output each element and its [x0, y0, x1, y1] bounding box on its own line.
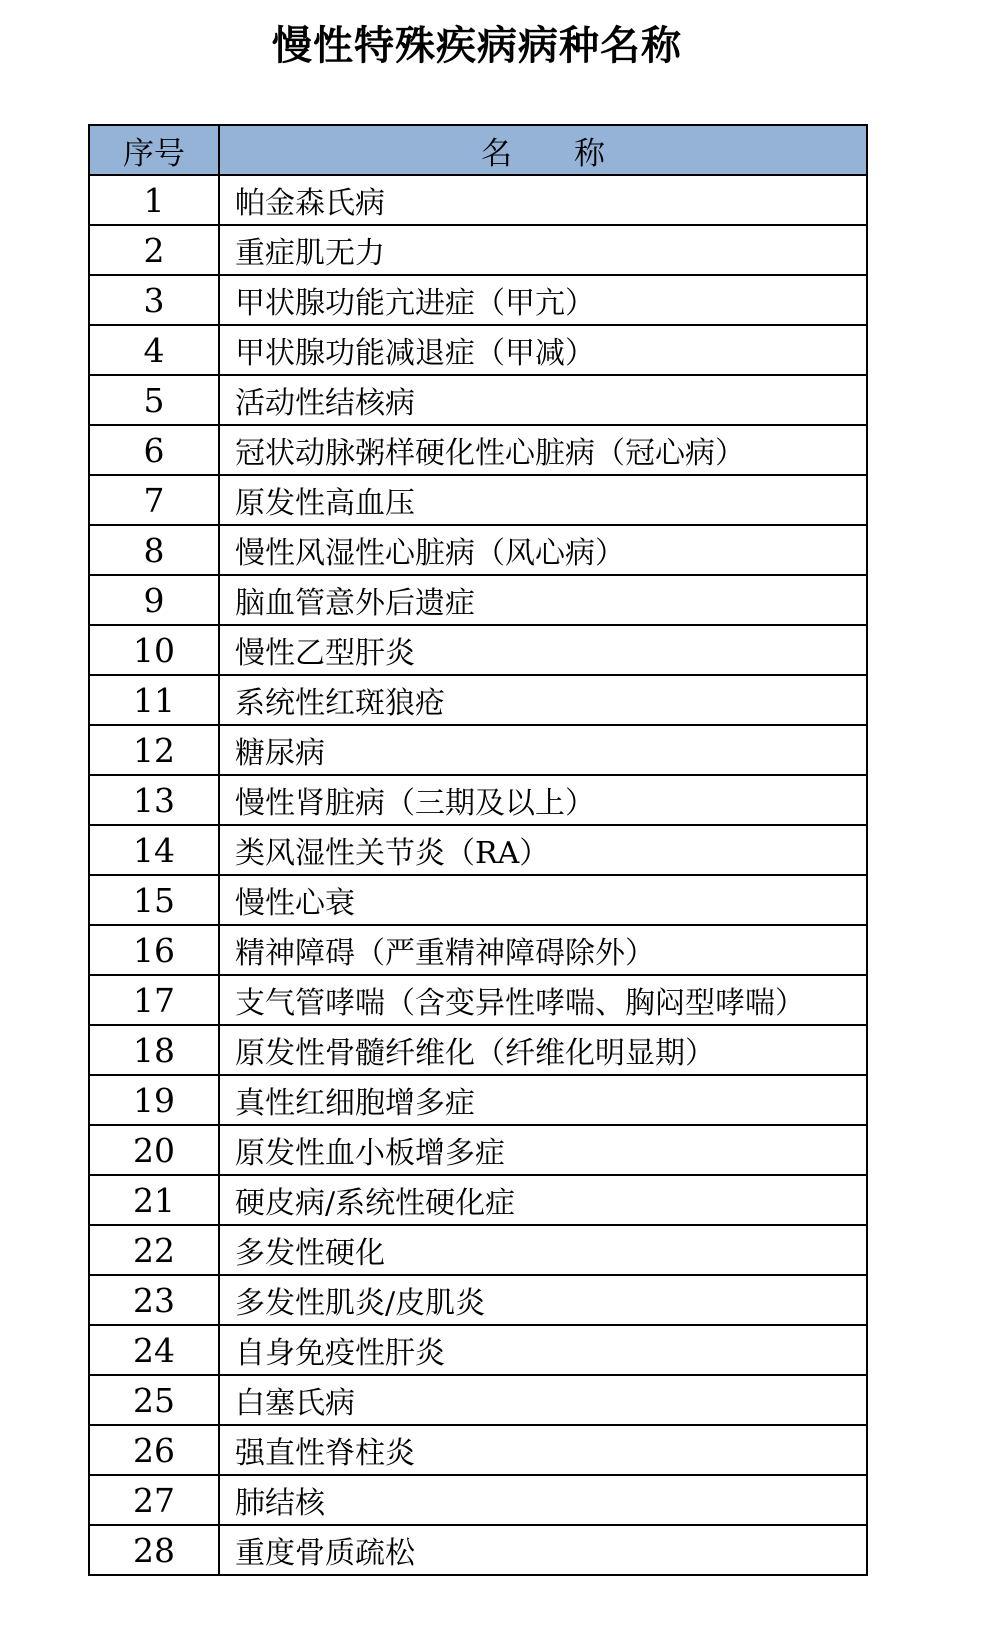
row-index: 10 [89, 625, 219, 675]
table-row: 13 慢性肾脏病（三期及以上） [89, 775, 867, 825]
page-title: 慢性特殊疾病病种名称 [88, 14, 866, 71]
row-name: 白塞氏病 [219, 1375, 867, 1425]
row-index: 15 [89, 875, 219, 925]
row-index: 27 [89, 1475, 219, 1525]
row-index: 14 [89, 825, 219, 875]
row-name: 强直性脊柱炎 [219, 1425, 867, 1475]
row-index: 3 [89, 275, 219, 325]
row-name: 多发性肌炎/皮肌炎 [219, 1275, 867, 1325]
row-name: 糖尿病 [219, 725, 867, 775]
row-index: 20 [89, 1125, 219, 1175]
table-row: 6 冠状动脉粥样硬化性心脏病（冠心病） [89, 425, 867, 475]
table-row: 2 重症肌无力 [89, 225, 867, 275]
row-index: 4 [89, 325, 219, 375]
row-index: 26 [89, 1425, 219, 1475]
row-name: 原发性高血压 [219, 475, 867, 525]
table-row: 9 脑血管意外后遗症 [89, 575, 867, 625]
table-row: 20 原发性血小板增多症 [89, 1125, 867, 1175]
row-name: 自身免疫性肝炎 [219, 1325, 867, 1375]
row-name: 原发性骨髓纤维化（纤维化明显期） [219, 1025, 867, 1075]
row-name: 甲状腺功能亢进症（甲亢） [219, 275, 867, 325]
row-index: 1 [89, 175, 219, 225]
row-name: 帕金森氏病 [219, 175, 867, 225]
table-row: 19 真性红细胞增多症 [89, 1075, 867, 1125]
row-index: 23 [89, 1275, 219, 1325]
table-row: 17 支气管哮喘（含变异性哮喘、胸闷型哮喘） [89, 975, 867, 1025]
row-name: 活动性结核病 [219, 375, 867, 425]
row-index: 21 [89, 1175, 219, 1225]
row-name: 多发性硬化 [219, 1225, 867, 1275]
row-index: 18 [89, 1025, 219, 1075]
row-name: 肺结核 [219, 1475, 867, 1525]
row-index: 7 [89, 475, 219, 525]
row-index: 12 [89, 725, 219, 775]
disease-table: 序号 名 称 1 帕金森氏病 2 重症肌无力 3 甲状腺功能亢进症（甲亢） 4 … [88, 124, 868, 1576]
table-row: 25 白塞氏病 [89, 1375, 867, 1425]
table-row: 7 原发性高血压 [89, 475, 867, 525]
table-header-row: 序号 名 称 [89, 125, 867, 175]
row-name: 慢性风湿性心脏病（风心病） [219, 525, 867, 575]
row-name: 硬皮病/系统性硬化症 [219, 1175, 867, 1225]
row-name: 重症肌无力 [219, 225, 867, 275]
row-index: 11 [89, 675, 219, 725]
table-row: 1 帕金森氏病 [89, 175, 867, 225]
row-index: 28 [89, 1525, 219, 1575]
row-name: 重度骨质疏松 [219, 1525, 867, 1575]
row-name: 系统性红斑狼疮 [219, 675, 867, 725]
table-row: 18 原发性骨髓纤维化（纤维化明显期） [89, 1025, 867, 1075]
row-index: 22 [89, 1225, 219, 1275]
row-name: 精神障碍（严重精神障碍除外） [219, 925, 867, 975]
row-name: 慢性乙型肝炎 [219, 625, 867, 675]
row-index: 13 [89, 775, 219, 825]
row-name: 类风湿性关节炎（RA） [219, 825, 867, 875]
row-index: 25 [89, 1375, 219, 1425]
table-row: 16 精神障碍（严重精神障碍除外） [89, 925, 867, 975]
row-index: 8 [89, 525, 219, 575]
table-row: 14 类风湿性关节炎（RA） [89, 825, 867, 875]
table-row: 12 糖尿病 [89, 725, 867, 775]
table-row: 22 多发性硬化 [89, 1225, 867, 1275]
table-row: 10 慢性乙型肝炎 [89, 625, 867, 675]
row-index: 17 [89, 975, 219, 1025]
row-index: 2 [89, 225, 219, 275]
table-body: 1 帕金森氏病 2 重症肌无力 3 甲状腺功能亢进症（甲亢） 4 甲状腺功能减退… [89, 175, 867, 1575]
row-index: 6 [89, 425, 219, 475]
table-row: 21 硬皮病/系统性硬化症 [89, 1175, 867, 1225]
table-row: 15 慢性心衰 [89, 875, 867, 925]
header-cell-name: 名 称 [219, 125, 867, 175]
row-name: 慢性心衰 [219, 875, 867, 925]
row-index: 5 [89, 375, 219, 425]
table-row: 4 甲状腺功能减退症（甲减） [89, 325, 867, 375]
header-cell-index: 序号 [89, 125, 219, 175]
row-index: 9 [89, 575, 219, 625]
table-row: 23 多发性肌炎/皮肌炎 [89, 1275, 867, 1325]
table-row: 8 慢性风湿性心脏病（风心病） [89, 525, 867, 575]
row-name: 甲状腺功能减退症（甲减） [219, 325, 867, 375]
row-name: 支气管哮喘（含变异性哮喘、胸闷型哮喘） [219, 975, 867, 1025]
row-name: 慢性肾脏病（三期及以上） [219, 775, 867, 825]
row-name: 冠状动脉粥样硬化性心脏病（冠心病） [219, 425, 867, 475]
row-index: 24 [89, 1325, 219, 1375]
table-row: 27 肺结核 [89, 1475, 867, 1525]
row-index: 16 [89, 925, 219, 975]
table-row: 11 系统性红斑狼疮 [89, 675, 867, 725]
table-row: 26 强直性脊柱炎 [89, 1425, 867, 1475]
row-index: 19 [89, 1075, 219, 1125]
row-name: 脑血管意外后遗症 [219, 575, 867, 625]
table-row: 24 自身免疫性肝炎 [89, 1325, 867, 1375]
row-name: 真性红细胞增多症 [219, 1075, 867, 1125]
table-header: 序号 名 称 [89, 125, 867, 175]
table-row: 5 活动性结核病 [89, 375, 867, 425]
table-row: 28 重度骨质疏松 [89, 1525, 867, 1575]
table-row: 3 甲状腺功能亢进症（甲亢） [89, 275, 867, 325]
row-name: 原发性血小板增多症 [219, 1125, 867, 1175]
